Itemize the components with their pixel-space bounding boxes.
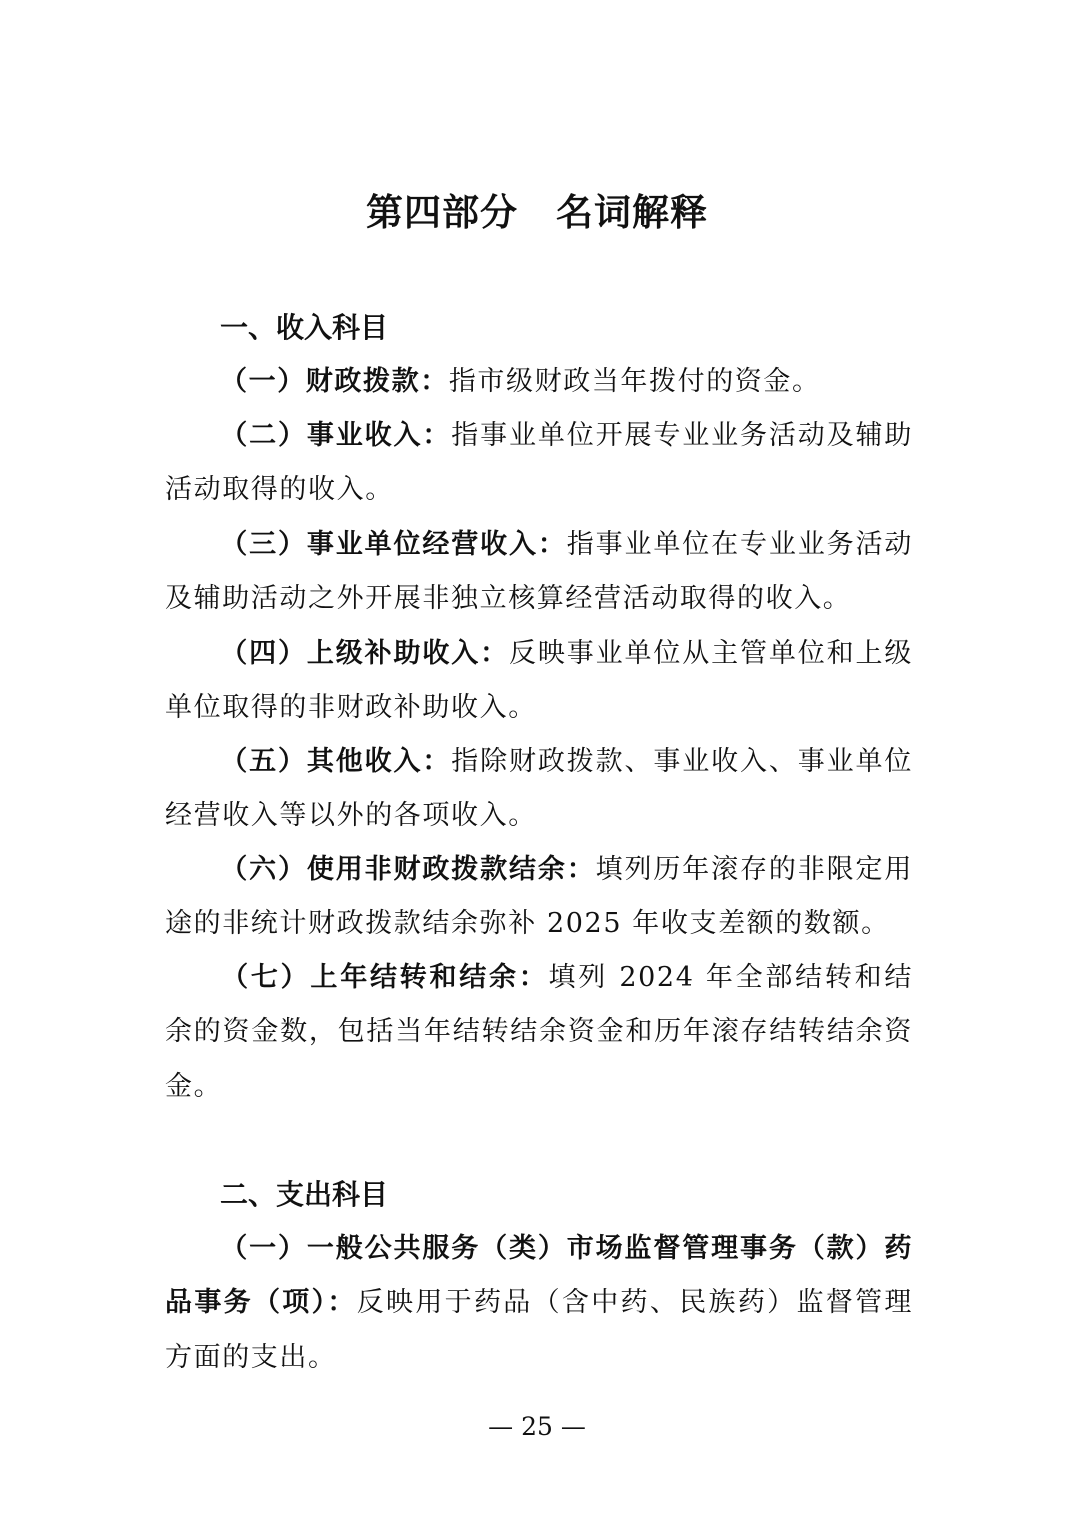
document-page: 第四部分 名词解释 一、收入科目 （一）财政拨款：指市级财政当年拨付的资金。 （… [0, 0, 1074, 1520]
section-heading-expenditure: 二、支出科目 [220, 1175, 388, 1215]
definition-item: （七）上年结转和结余：填列 2024 年全部结转和结余的资金数，包括当年结转结余… [165, 951, 913, 1114]
definition-item: （二）事业收入：指事业单位开展专业业务活动及辅助活动取得的收入。 [165, 409, 913, 518]
definition-term: （一）财政拨款： [220, 366, 449, 397]
definition-item: （五）其他收入：指除财政拨款、事业收入、事业单位经营收入等以外的各项收入。 [165, 735, 913, 844]
definition-term: （六）使用非财政拨款结余： [220, 854, 596, 885]
definition-text: 指市级财政当年拨付的资金。 [449, 366, 821, 397]
page-title: 第四部分 名词解释 [0, 188, 1074, 238]
definition-term: （四）上级补助收入： [220, 638, 509, 669]
definition-term: （二）事业收入： [220, 420, 451, 451]
definition-term: （三）事业单位经营收入： [220, 529, 567, 560]
definition-term: （五）其他收入： [220, 746, 451, 777]
definition-item: （六）使用非财政拨款结余：填列历年滚存的非限定用途的非统计财政拨款结余弥补 20… [165, 843, 913, 952]
definition-item: （三）事业单位经营收入：指事业单位在专业业务活动及辅助活动之外开展非独立核算经营… [165, 518, 913, 627]
definition-item: （一）一般公共服务（类）市场监督管理事务（款）药品事务（项）：反映用于药品（含中… [165, 1222, 913, 1385]
page-number: — 25 — [0, 1410, 1074, 1444]
section-heading-income: 一、收入科目 [220, 308, 388, 348]
definition-item: （四）上级补助收入：反映事业单位从主管单位和上级单位取得的非财政补助收入。 [165, 627, 913, 736]
definition-term: （七）上年结转和结余： [220, 962, 549, 993]
definition-item: （一）财政拨款：指市级财政当年拨付的资金。 [165, 355, 913, 409]
